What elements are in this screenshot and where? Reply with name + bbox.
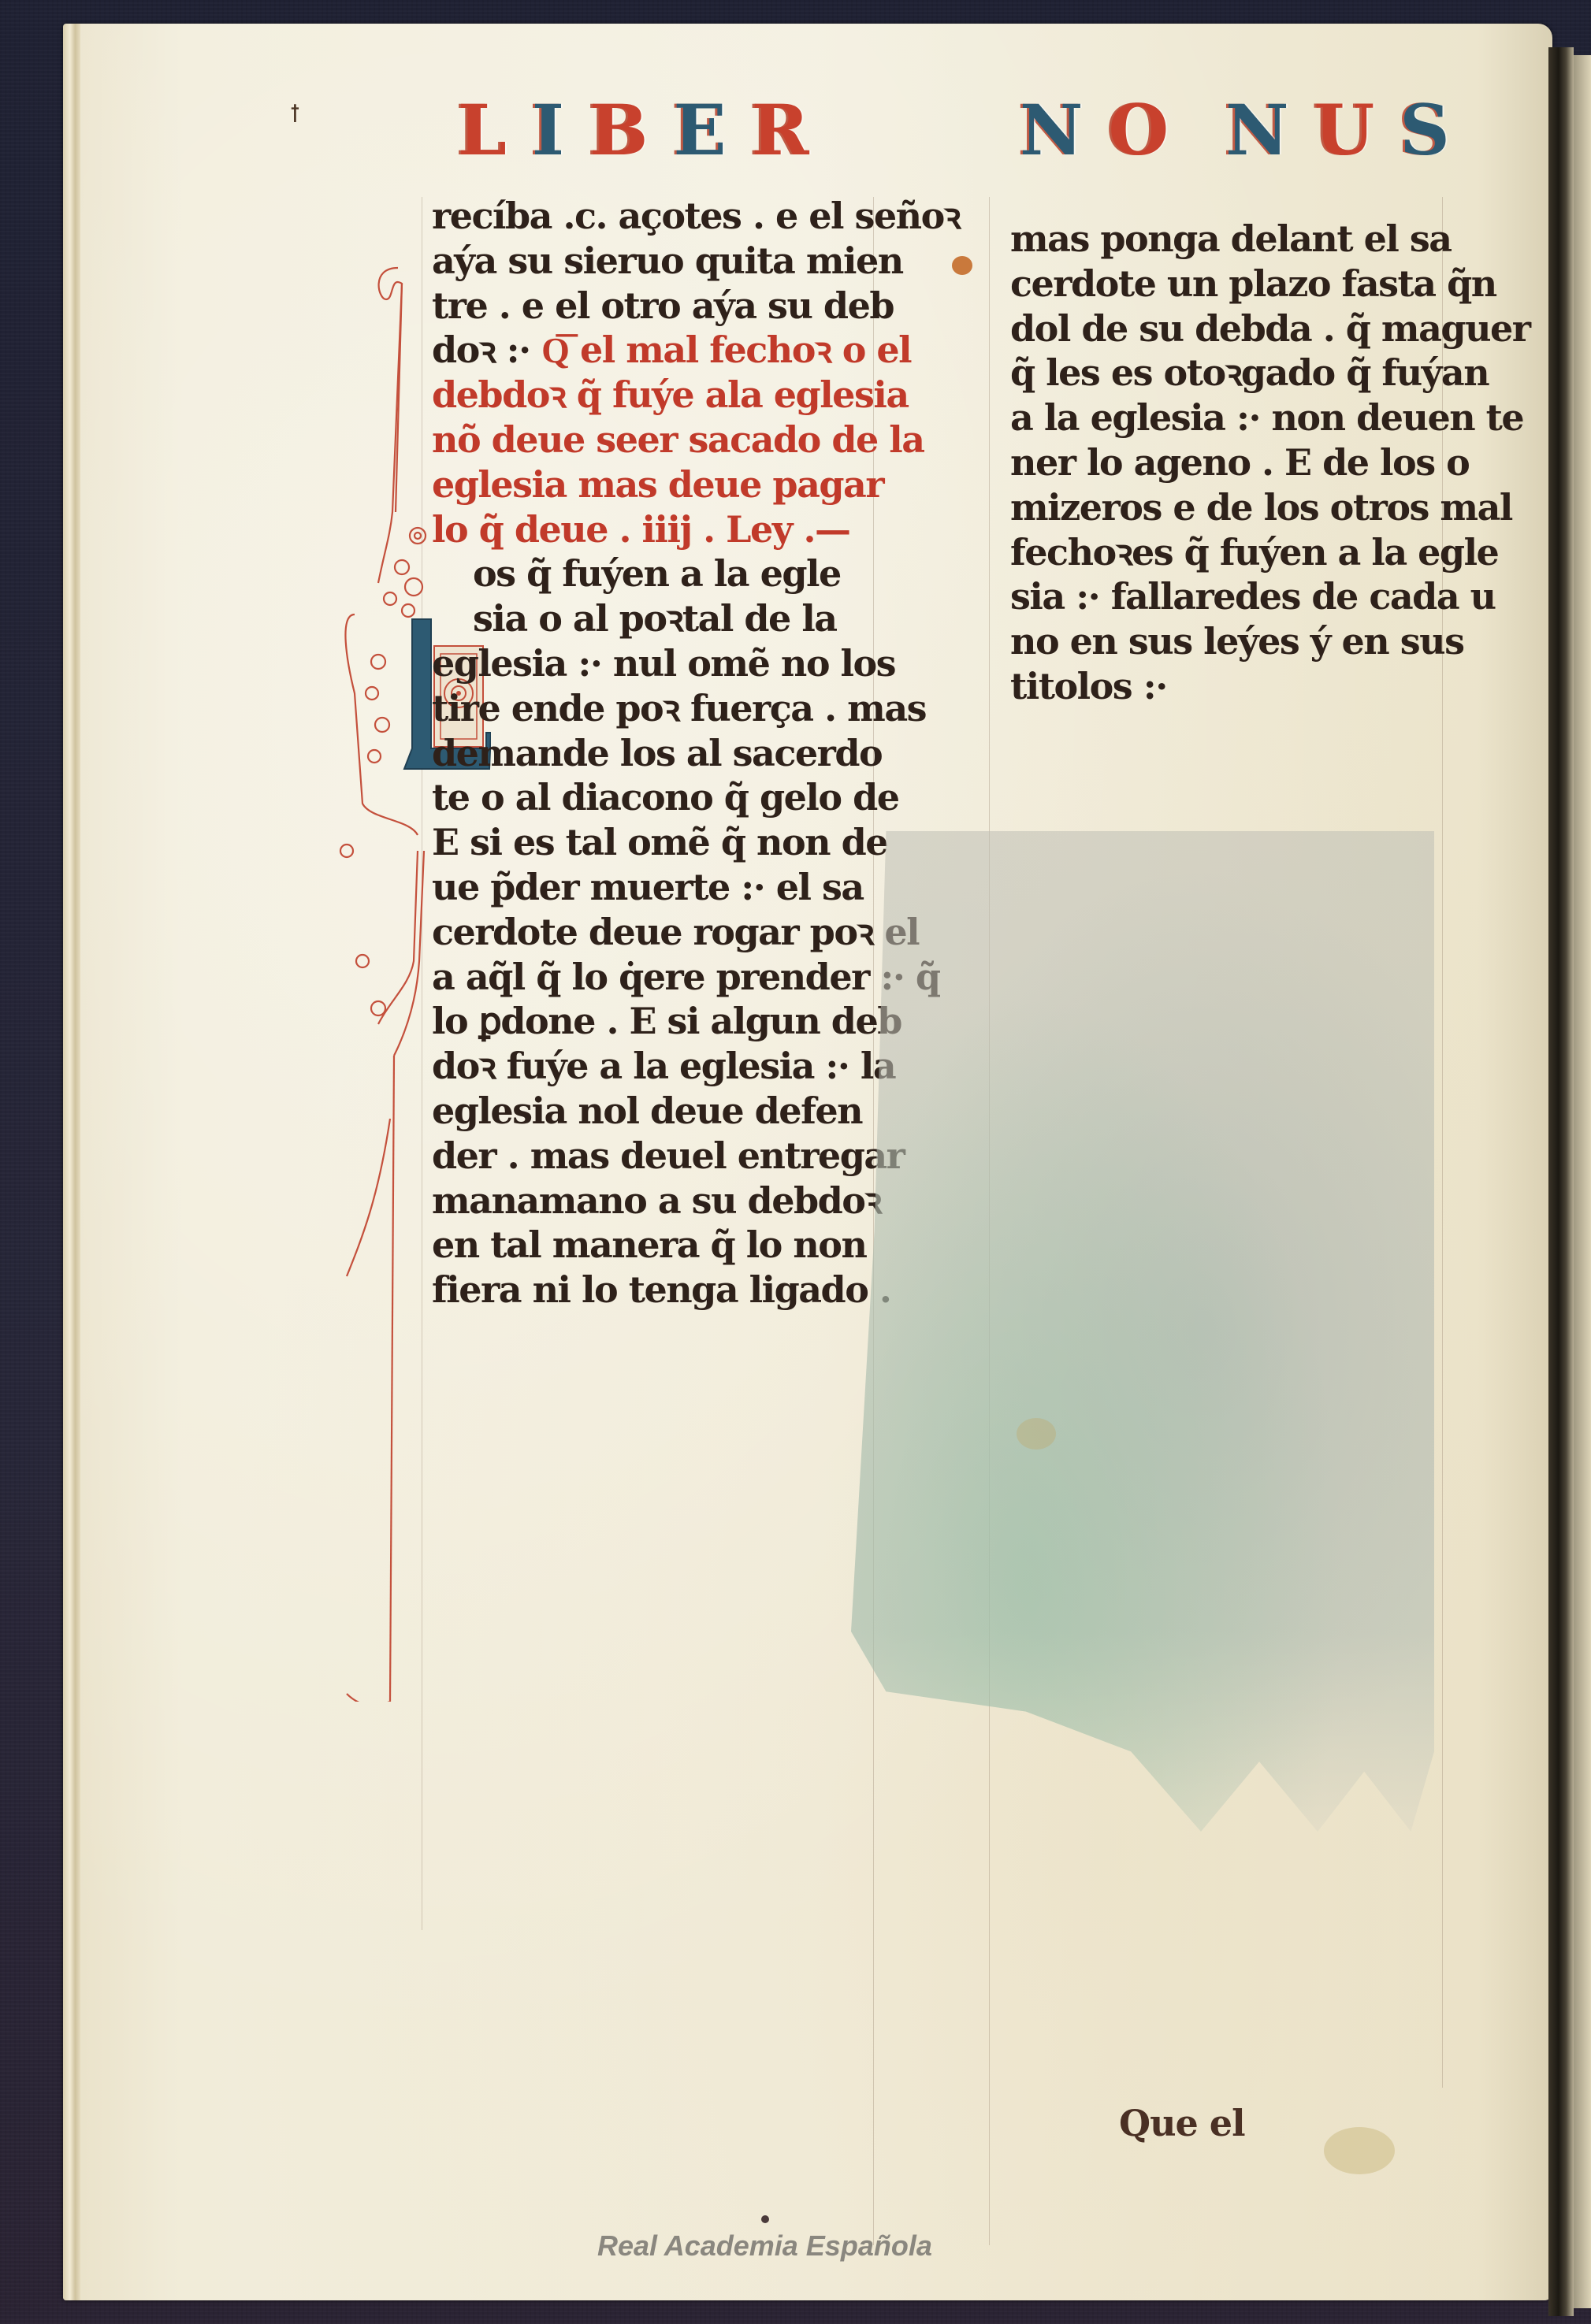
- text-line: der . mas deuel entregar: [432, 1134, 889, 1179]
- text-segment: doꝛ :·: [432, 329, 530, 371]
- text-line: lo ꝑdone . E si algun deb: [432, 999, 889, 1044]
- text-line: os q̃ fuýen a la egle: [432, 551, 889, 596]
- text-line: aýa su sieruo quita mien: [432, 239, 889, 284]
- catchword: Que el: [1119, 2102, 1245, 2144]
- text-line: eglesia nol deue defen: [432, 1089, 889, 1134]
- text-line: manamano a su debdoꝛ: [432, 1179, 889, 1223]
- header-letter: B: [585, 95, 654, 165]
- water-stain: [1017, 1418, 1056, 1450]
- text-line: mas ponga delant el sa: [1010, 217, 1483, 262]
- text-line: tre . e el otro aýa su deb: [432, 284, 889, 329]
- text-line: eglesia :· nul omẽ no los: [432, 641, 889, 686]
- header-letter: I: [527, 95, 571, 165]
- text-line: ner lo ageno . E de los o: [1010, 440, 1483, 485]
- text-line: mizeros e de los otros mal: [1010, 485, 1483, 530]
- text-line: sia o al poꝛtal de la: [432, 596, 889, 641]
- header-letter: S: [1395, 95, 1456, 165]
- text-line: dol de su debda . q̃ maguer: [1010, 306, 1483, 351]
- rubric-line: lo q̃ deue . iiij . Ley .—: [432, 507, 889, 552]
- text-line: titolos :·: [1010, 664, 1483, 709]
- text-line: doꝛ fuýe a la eglesia :· la: [432, 1044, 889, 1089]
- binding-gutter: [1548, 47, 1574, 2316]
- header-letter: R: [747, 95, 816, 165]
- margin-mark: ꝉ: [290, 101, 300, 128]
- text-line: fechoꝛes q̃ fuýen a la egle: [1010, 530, 1483, 575]
- rubric-line: nõ deue seer sacado de la: [432, 418, 889, 462]
- text-line: no en sus leýes ý en sus: [1010, 619, 1483, 664]
- text-line: te o al diacono q̃ gelo de: [432, 775, 889, 820]
- rubric-segment: Q͞ el mal fechoꝛ o el: [530, 329, 911, 371]
- water-stain: [1324, 2127, 1395, 2174]
- text-line: cerdote deue rogar poꝛ el: [432, 910, 889, 955]
- ink-dot: [761, 2215, 769, 2223]
- right-column-text: mas ponga delant el sa cerdote un plazo …: [1010, 217, 1483, 709]
- text-line: recíba .c. açotes . e el señoꝛ: [432, 194, 889, 239]
- text-line: sia :· fallaredes de cada u: [1010, 574, 1483, 619]
- left-column-text: recíba .c. açotes . e el señoꝛ aýa su si…: [432, 194, 889, 1312]
- header-letter: N: [1015, 95, 1089, 165]
- header-letter: N: [1221, 95, 1295, 165]
- header-letter: U: [1310, 95, 1381, 165]
- running-head-right: N O N U S: [1015, 95, 1456, 165]
- running-head-left: L I B E R: [453, 95, 816, 165]
- ink-stain: [952, 256, 972, 275]
- header-letter: L: [453, 95, 513, 165]
- text-line: cerdote un plazo fasta q̃n: [1010, 262, 1483, 306]
- rubric-line: eglesia mas deue pagar: [432, 462, 889, 507]
- text-line: fiera ni lo tenga ligado .: [432, 1268, 889, 1312]
- rubric-line: debdoꝛ q̃ fuýe ala eglesia: [432, 373, 889, 418]
- text-line: tire ende poꝛ fuerça . mas: [432, 686, 889, 731]
- text-line: q̃ les es otoꝛgado q̃ fuýan: [1010, 351, 1483, 395]
- text-line: a la eglesia :· non deuen te: [1010, 395, 1483, 440]
- text-line: a aq̃l q̃ lo q̇ere prender :· q̃: [432, 955, 889, 1000]
- text-line: E si es tal omẽ q̃ non de: [432, 820, 889, 865]
- text-line: demande los al sacerdo: [432, 731, 889, 776]
- header-letter: O: [1103, 95, 1175, 165]
- text-line: doꝛ :· Q͞ el mal fechoꝛ o el: [432, 328, 889, 373]
- text-line: en tal manera q̃ lo non: [432, 1223, 889, 1268]
- text-line: ue p̃der muerte :· el sa: [432, 865, 889, 910]
- erased-miniature-area: [851, 831, 1434, 1832]
- page-fold-edge: [63, 24, 80, 2300]
- watermark: Real Academia Española: [597, 2229, 932, 2263]
- header-letter: E: [668, 95, 732, 165]
